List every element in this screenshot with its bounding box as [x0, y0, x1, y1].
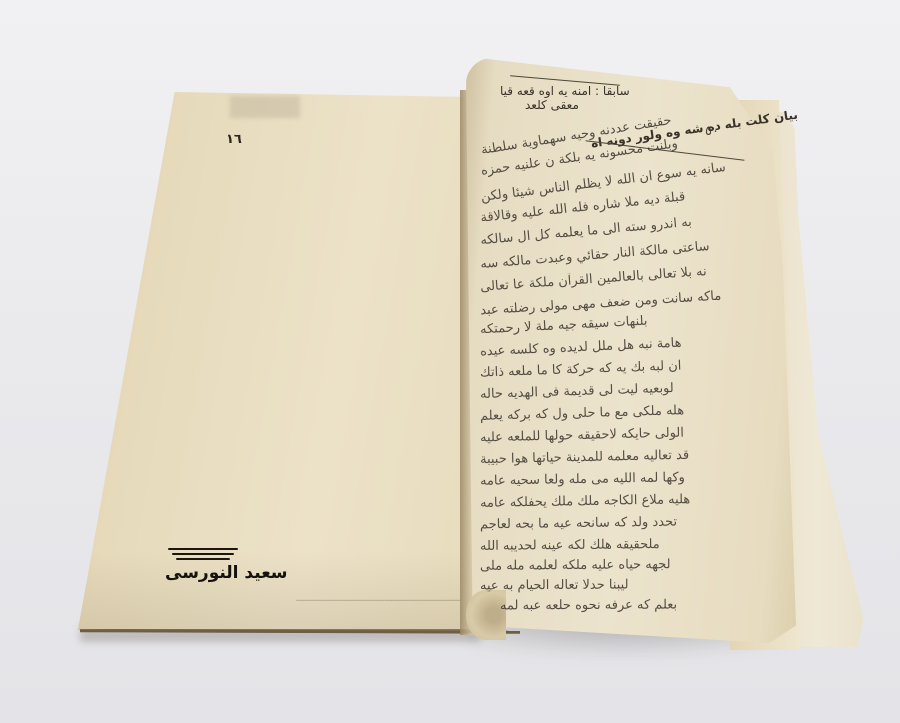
running-header: سابقا : امنه يه اوه قعه قيا	[500, 84, 630, 98]
left-page-number: ١٦	[226, 132, 242, 147]
text-line: لجهه حياه عليه ملكه لعلمه مله ملى	[480, 557, 671, 574]
signature-flourish	[172, 553, 234, 555]
text-line: تحدد ولد كه سانحه عيه ما بحه لعاجم	[480, 515, 677, 533]
ink-smudge	[230, 96, 300, 118]
left-page	[78, 92, 498, 632]
signature-flourish	[176, 558, 230, 560]
author-signature: سعيد النورسى	[165, 563, 288, 583]
text-line: بعلم كه عرفه نحوه حلعه عبه لمه	[500, 598, 677, 614]
signature-flourish	[168, 548, 238, 550]
bleed-through-text: ــــــــــــــــــــــــــــــــــــــــ…	[296, 590, 460, 605]
text-line: ليبنا حدلا تعاله الحيام به عيه	[480, 577, 629, 593]
text-line: ملحقيقه هلك لكه عينه لحديبه الله	[480, 537, 660, 554]
running-header-sub: معقى كلعد	[525, 98, 579, 112]
photo-scene: ١٦ بسنه كنسيه قطعيلرى وبوله حكومتلرى قرآ…	[0, 0, 900, 723]
